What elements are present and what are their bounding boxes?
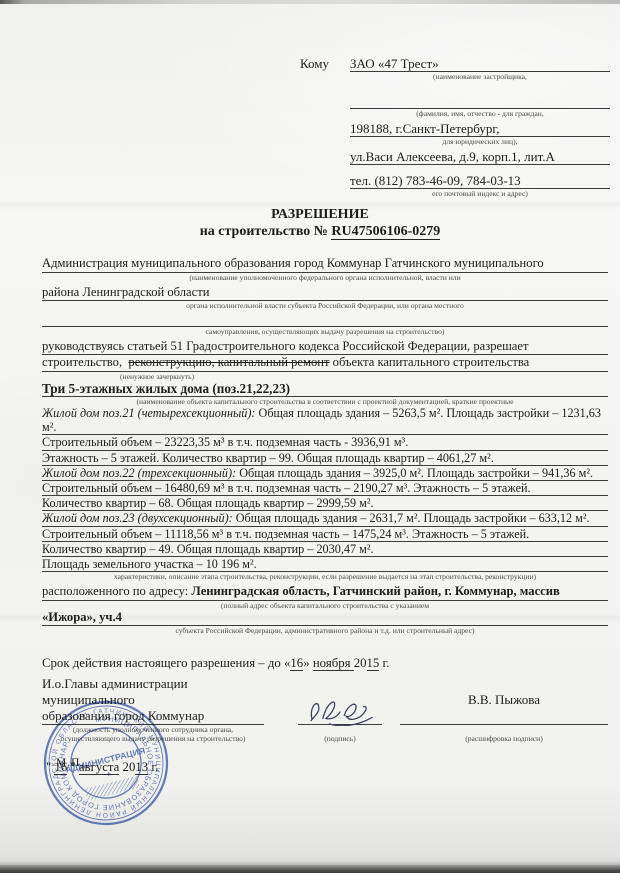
object-name: Три 5-этажных жилых дома (поз.21,22,23)	[42, 381, 608, 398]
action-line: строительство, реконструкцию, капитальны…	[42, 355, 608, 372]
spec-line: Строительный объем – 23223,35 м³ в т.ч. …	[42, 435, 608, 450]
addressee-block: Кому ЗАО «47 Трест» (наименование застро…	[298, 56, 610, 198]
spec-text: Этажность – 5 этажей. Количество квартир…	[42, 451, 494, 465]
issuer-line1: Администрация муниципального образования…	[42, 256, 608, 273]
caption-address1: (полный адрес объекта капитального строи…	[42, 601, 608, 610]
stamp-star: *	[106, 770, 114, 783]
developer-city: 198188, г.Санкт-Петербург,	[350, 121, 610, 137]
address-value1: Ленинградская область, Гатчинский район,…	[191, 584, 559, 598]
caption-signature: (подпись)	[298, 734, 382, 743]
spec-line: Жилой дом поз.22 (трехсекционный): Общая…	[42, 466, 608, 481]
developer-street: ул.Васи Алексеева, д.9, корп.1, лит.А	[350, 149, 610, 165]
permit-body: Администрация муниципального образования…	[42, 256, 608, 672]
spec-text: Общая площадь здания – 3925,0 м². Площад…	[239, 466, 593, 480]
spec-line: Количество квартир – 68. Общая площадь к…	[42, 496, 608, 511]
developer-phone: тел. (812) 783-46-09, 784-03-13	[350, 173, 610, 189]
developer-name: ЗАО «47 Трест»	[350, 56, 610, 72]
permit-number: RU47506106-0279	[331, 224, 440, 240]
spec-text: Строительный объем – 11118,56 м³ в т.ч. …	[42, 527, 529, 541]
spec-text: Площадь земельного участка – 10 196 м².	[42, 557, 257, 571]
caption-strike: (ненужное зачеркнуть)	[42, 372, 608, 381]
caption-issuer1: (наименование уполномоченного федерально…	[42, 273, 608, 282]
caption-specs: характеристики, описание этапа строитель…	[42, 572, 608, 581]
signature-scribble	[302, 696, 380, 726]
action-suffix: объекта капитального строительства	[330, 355, 530, 369]
scan-bottom-edge	[0, 865, 620, 873]
action-struck: реконструкцию, капитальный ремонт	[128, 355, 329, 369]
spec-text: Строительный объем – 16480,69 м³ в т.ч. …	[42, 481, 531, 495]
spec-text: Общая площадь здания – 2631,7 м². Площад…	[236, 511, 590, 525]
caption-postal: его почтовый индекс и адрес)	[350, 189, 610, 198]
spec-line: Жилой дом поз.23 (двухсекционный): Общая…	[42, 511, 608, 526]
validity-line: Срок действия настоящего разрешения – до…	[42, 656, 608, 672]
signature-field	[298, 692, 382, 725]
caption-object: (наименование объекта капитального строи…	[42, 397, 608, 406]
official-round-stamp: ГАТЧИНСКИЙ МУНИЦИПАЛЬНЫЙ РАЙОН ЛЕНИНГРАД…	[40, 697, 172, 829]
caption-issuer2: органа исполнительной власти субъекта Ро…	[42, 301, 608, 310]
title-line1: РАЗРЕШЕНИЕ	[40, 206, 600, 223]
caption-developer: (наименование застройщика,	[350, 72, 610, 81]
issuer-line2: района Ленинградской области	[42, 285, 608, 302]
caption-address2: субъекта Российской Федерации, администр…	[42, 626, 608, 635]
action-prefix: строительство,	[42, 355, 128, 369]
scan-top-edge	[0, 0, 620, 4]
spec-lead: Жилой дом поз.21 (четырехсекционный):	[42, 406, 259, 420]
spec-line: Площадь земельного участка – 10 196 м².	[42, 557, 608, 572]
address-prefix: расположенного по адресу:	[42, 584, 191, 598]
official-name: В.В. Пыжова	[400, 692, 608, 725]
spec-text: Количество квартир – 68. Общая площадь к…	[42, 496, 374, 510]
spec-line: Количество квартир – 49. Общая площадь к…	[42, 542, 608, 557]
spec-line: Этажность – 5 этажей. Количество квартир…	[42, 451, 608, 466]
spec-text: Количество квартир – 49. Общая площадь к…	[42, 542, 374, 556]
spec-line: Жилой дом поз.21 (четырехсекционный): Об…	[42, 406, 608, 435]
spec-text: Строительный объем – 23223,35 м³ в т.ч. …	[42, 435, 408, 449]
caption-legal: для юридических лиц),	[350, 137, 610, 146]
spec-line: Строительный объем – 11118,56 м³ в т.ч. …	[42, 527, 608, 542]
caption-person: (фамилия, имя, отчество - для граждан,	[350, 109, 610, 118]
document-title: РАЗРЕШЕНИЕ на строительство № RU47506106…	[40, 206, 600, 240]
spec-lead: Жилой дом поз.22 (трехсекционный):	[42, 466, 239, 480]
address-line2: «Ижора», уч.4	[42, 610, 608, 627]
title-line2: на строительство № RU47506106-0279	[40, 223, 600, 240]
address-line1: расположенного по адресу: Ленинградская …	[42, 584, 608, 601]
title-prefix: на строительство №	[200, 224, 332, 239]
spec-lead: Жилой дом поз.23 (двухсекционный):	[42, 511, 236, 525]
to-label: Кому	[300, 56, 329, 72]
blank-field	[350, 93, 610, 109]
legal-basis-line: руководствуясь статьей 51 Градостроитель…	[42, 339, 608, 356]
blank-line	[42, 310, 608, 327]
caption-issuer3: самоуправления, осуществляющих выдачу ра…	[42, 327, 608, 336]
spec-line: Строительный объем – 16480,69 м³ в т.ч. …	[42, 481, 608, 496]
caption-name: (расшифровка подписи)	[400, 734, 608, 743]
